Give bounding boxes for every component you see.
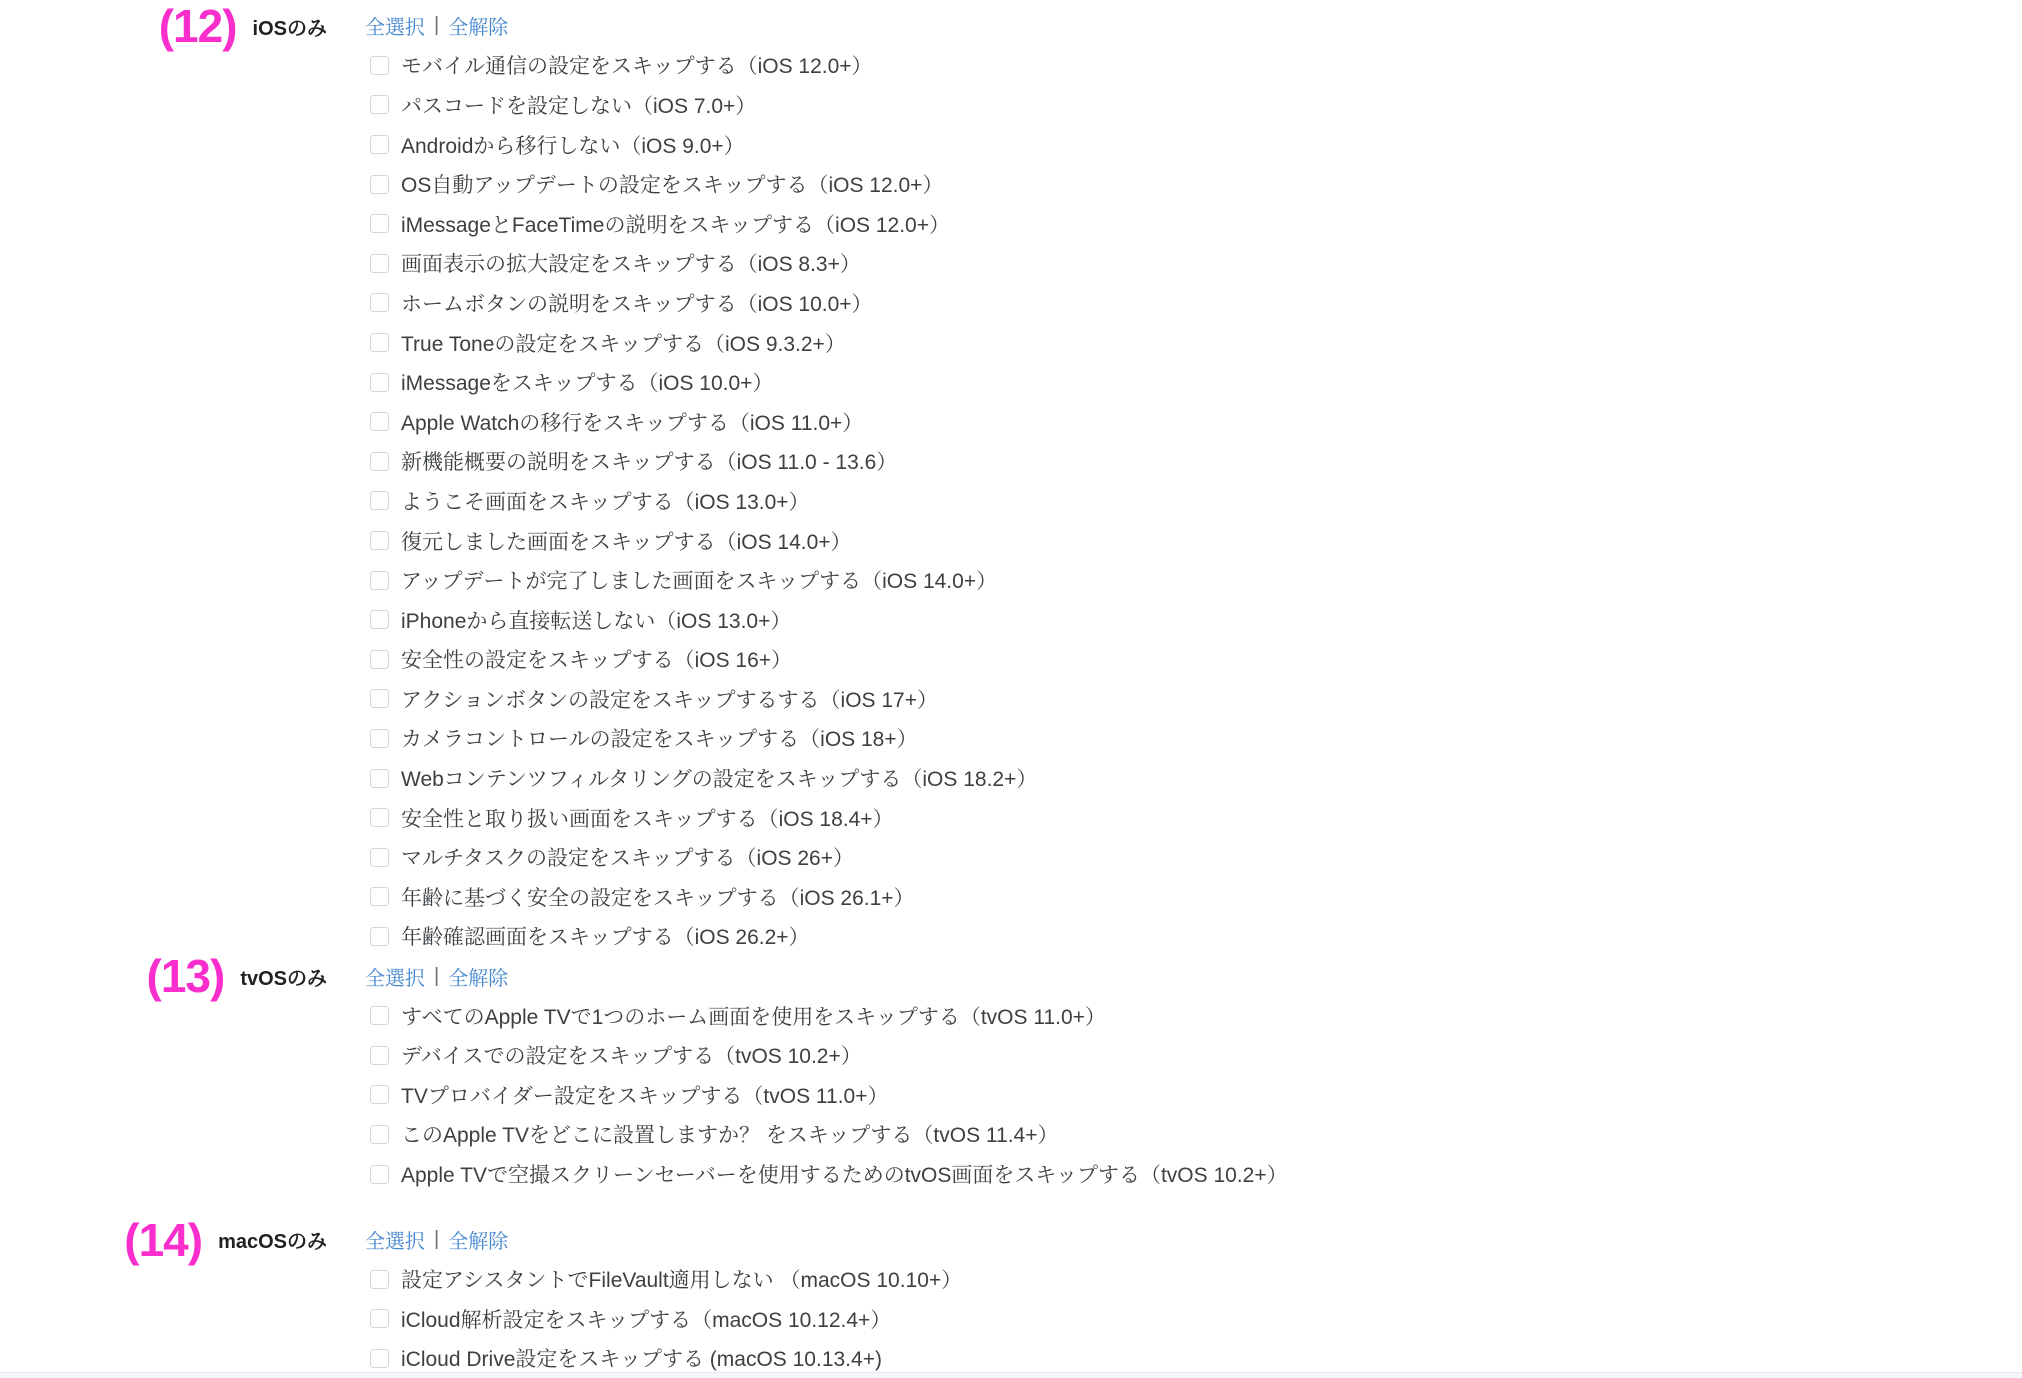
checkbox-label: カメラコントロールの設定をスキップする（iOS 18+） bbox=[401, 723, 918, 753]
checkbox[interactable] bbox=[370, 887, 389, 906]
checkbox-row[interactable]: 画面表示の拡大設定をスキップする（iOS 8.3+） bbox=[365, 244, 1037, 284]
checkbox-row[interactable]: Androidから移行しない（iOS 9.0+） bbox=[365, 125, 1037, 165]
settings-section: (13) tvOSのみ 全選択 | 全解除 すべてのApple TVで1つのホー… bbox=[0, 956, 2022, 1194]
checkbox-label: マルチタスクの設定をスキップする（iOS 26+） bbox=[401, 842, 854, 872]
checkbox-label: 安全性と取り扱い画面をスキップする（iOS 18.4+） bbox=[401, 803, 894, 833]
checkbox[interactable] bbox=[370, 214, 389, 233]
select-all-link[interactable]: 全選択 bbox=[365, 11, 425, 40]
checkbox-label: iCloud Drive設定をスキップする (macOS 10.13.4+) bbox=[401, 1343, 882, 1373]
checkbox[interactable] bbox=[370, 729, 389, 748]
checkbox[interactable] bbox=[370, 531, 389, 550]
checkbox-label: Webコンテンツフィルタリングの設定をスキップする（iOS 18.2+） bbox=[401, 763, 1037, 793]
checkbox[interactable] bbox=[370, 571, 389, 590]
checkbox[interactable] bbox=[370, 689, 389, 708]
checkbox[interactable] bbox=[370, 373, 389, 392]
links-separator: | bbox=[434, 1228, 439, 1251]
links-separator: | bbox=[434, 14, 439, 37]
checkbox-label: 年齢に基づく安全の設定をスキップする（iOS 26.1+） bbox=[401, 882, 915, 912]
checkbox[interactable] bbox=[370, 1085, 389, 1104]
checkbox-label: 設定アシスタントでFileVault適用しない （macOS 10.10+） bbox=[401, 1264, 962, 1294]
checkbox[interactable] bbox=[370, 135, 389, 154]
checkbox-rows: すべてのApple TVで1つのホーム画面を使用をスキップする（tvOS 11.… bbox=[365, 996, 1288, 1194]
checkbox-label: モバイル通信の設定をスキップする（iOS 12.0+） bbox=[401, 50, 873, 80]
checkbox-label: iMessageとFaceTimeの説明をスキップする（iOS 12.0+） bbox=[401, 209, 950, 239]
panel-bottom-edge bbox=[0, 1372, 2022, 1378]
checkbox-row[interactable]: OS自動アップデートの設定をスキップする（iOS 12.0+） bbox=[365, 164, 1037, 204]
checkbox-row[interactable]: 安全性の設定をスキップする（iOS 16+） bbox=[365, 640, 1037, 680]
checkbox-label: このApple TVをどこに設置しますか？ をスキップする（tvOS 11.4+… bbox=[401, 1119, 1059, 1149]
checkbox[interactable] bbox=[370, 452, 389, 471]
checkbox[interactable] bbox=[370, 175, 389, 194]
links-separator: | bbox=[434, 965, 439, 988]
bulk-select-links: 全選択 | 全解除 bbox=[365, 956, 1288, 996]
checkbox[interactable] bbox=[370, 1125, 389, 1144]
checkbox[interactable] bbox=[370, 769, 389, 788]
checkbox-label: iMessageをスキップする（iOS 10.0+） bbox=[401, 367, 773, 397]
section-label-column: (13) tvOSのみ bbox=[0, 956, 327, 996]
checkbox[interactable] bbox=[370, 848, 389, 867]
checkbox-label: 年齢確認画面をスキップする（iOS 26.2+） bbox=[401, 921, 810, 951]
checkbox-row[interactable]: パスコードを設定しない（iOS 7.0+） bbox=[365, 85, 1037, 125]
checkbox-label: Apple Watchの移行をスキップする（iOS 11.0+） bbox=[401, 407, 863, 437]
checkbox-row[interactable]: アクションボタンの設定をスキップするする（iOS 17+） bbox=[365, 679, 1037, 719]
checkbox-row[interactable]: ホームボタンの説明をスキップする（iOS 10.0+） bbox=[365, 283, 1037, 323]
sections: (12) iOSのみ 全選択 | 全解除 モバイル通信の設定をスキップする（iO… bbox=[0, 6, 2022, 1378]
section-content-column: 全選択 | 全解除 すべてのApple TVで1つのホーム画面を使用をスキップす… bbox=[327, 956, 1288, 1194]
settings-panel: (12) iOSのみ 全選択 | 全解除 モバイル通信の設定をスキップする（iO… bbox=[0, 0, 2022, 1378]
checkbox[interactable] bbox=[370, 1349, 389, 1368]
checkbox-row[interactable]: マルチタスクの設定をスキップする（iOS 26+） bbox=[365, 837, 1037, 877]
checkbox-row[interactable]: Webコンテンツフィルタリングの設定をスキップする（iOS 18.2+） bbox=[365, 758, 1037, 798]
checkbox-row[interactable]: カメラコントロールの設定をスキップする（iOS 18+） bbox=[365, 719, 1037, 759]
checkbox-row[interactable]: iCloud解析設定をスキップする（macOS 10.12.4+） bbox=[365, 1299, 962, 1339]
section-number-badge: (13) bbox=[147, 953, 225, 999]
section-title: tvOSのみ bbox=[240, 962, 327, 991]
deselect-all-link[interactable]: 全解除 bbox=[448, 962, 508, 991]
checkbox-row[interactable]: アップデートが完了しました画面をスキップする（iOS 14.0+） bbox=[365, 560, 1037, 600]
checkbox-label: iPhoneから直接転送しない（iOS 13.0+） bbox=[401, 605, 791, 635]
checkbox-label: Androidから移行しない（iOS 9.0+） bbox=[401, 130, 745, 160]
checkbox-row[interactable]: 設定アシスタントでFileVault適用しない （macOS 10.10+） bbox=[365, 1259, 962, 1299]
section-title: macOSのみ bbox=[218, 1225, 327, 1254]
checkbox-label: iCloud解析設定をスキップする（macOS 10.12.4+） bbox=[401, 1304, 891, 1334]
checkbox[interactable] bbox=[370, 412, 389, 431]
deselect-all-link[interactable]: 全解除 bbox=[448, 11, 508, 40]
section-content-column: 全選択 | 全解除 モバイル通信の設定をスキップする（iOS 12.0+） パス… bbox=[327, 6, 1037, 956]
checkbox-row[interactable]: モバイル通信の設定をスキップする（iOS 12.0+） bbox=[365, 46, 1037, 86]
checkbox-label: 新機能概要の説明をスキップする（iOS 11.0 - 13.6） bbox=[401, 446, 897, 476]
checkbox[interactable] bbox=[370, 95, 389, 114]
checkbox-row[interactable]: 安全性と取り扱い画面をスキップする（iOS 18.4+） bbox=[365, 798, 1037, 838]
section-label-column: (14) macOSのみ bbox=[0, 1220, 327, 1260]
checkbox-label: Apple TVで空撮スクリーンセーバーを使用するためのtvOS画面をスキップす… bbox=[401, 1159, 1288, 1189]
checkbox-label: 復元しました画面をスキップする（iOS 14.0+） bbox=[401, 526, 852, 556]
select-all-link[interactable]: 全選択 bbox=[365, 962, 425, 991]
checkbox-label: アクションボタンの設定をスキップするする（iOS 17+） bbox=[401, 684, 938, 714]
checkbox-row[interactable]: デバイスでの設定をスキップする（tvOS 10.2+） bbox=[365, 1035, 1288, 1075]
checkbox-row[interactable]: iMessageとFaceTimeの説明をスキップする（iOS 12.0+） bbox=[365, 204, 1037, 244]
section-number-badge: (12) bbox=[159, 3, 237, 49]
bulk-select-links: 全選択 | 全解除 bbox=[365, 6, 1037, 46]
checkbox[interactable] bbox=[370, 808, 389, 827]
checkbox-row[interactable]: 新機能概要の説明をスキップする（iOS 11.0 - 13.6） bbox=[365, 442, 1037, 482]
checkbox-row[interactable]: iPhoneから直接転送しない（iOS 13.0+） bbox=[365, 600, 1037, 640]
checkbox-row[interactable]: 年齢確認画面をスキップする（iOS 26.2+） bbox=[365, 917, 1037, 957]
checkbox-rows: モバイル通信の設定をスキップする（iOS 12.0+） パスコードを設定しない（… bbox=[365, 46, 1037, 957]
section-number-badge: (14) bbox=[124, 1217, 202, 1263]
bulk-select-links: 全選択 | 全解除 bbox=[365, 1220, 962, 1260]
checkbox-label: ようこそ画面をスキップする（iOS 13.0+） bbox=[401, 486, 810, 516]
checkbox-row[interactable]: 復元しました画面をスキップする（iOS 14.0+） bbox=[365, 521, 1037, 561]
checkbox[interactable] bbox=[370, 1046, 389, 1065]
checkbox[interactable] bbox=[370, 650, 389, 669]
checkbox-row[interactable]: Apple TVで空撮スクリーンセーバーを使用するためのtvOS画面をスキップす… bbox=[365, 1154, 1288, 1194]
checkbox-label: デバイスでの設定をスキップする（tvOS 10.2+） bbox=[401, 1040, 862, 1070]
checkbox-row[interactable]: すべてのApple TVで1つのホーム画面を使用をスキップする（tvOS 11.… bbox=[365, 996, 1288, 1036]
checkbox-row[interactable]: 年齢に基づく安全の設定をスキップする（iOS 26.1+） bbox=[365, 877, 1037, 917]
settings-section: (14) macOSのみ 全選択 | 全解除 設定アシスタントでFileVaul… bbox=[0, 1220, 2022, 1378]
select-all-link[interactable]: 全選択 bbox=[365, 1225, 425, 1254]
checkbox-label: OS自動アップデートの設定をスキップする（iOS 12.0+） bbox=[401, 169, 943, 199]
checkbox-label: パスコードを設定しない（iOS 7.0+） bbox=[401, 90, 756, 120]
checkbox[interactable] bbox=[370, 491, 389, 510]
checkbox-row[interactable]: Apple Watchの移行をスキップする（iOS 11.0+） bbox=[365, 402, 1037, 442]
checkbox-label: True Toneの設定をスキップする（iOS 9.3.2+） bbox=[401, 328, 846, 358]
checkbox[interactable] bbox=[370, 1309, 389, 1328]
checkbox-label: ホームボタンの説明をスキップする（iOS 10.0+） bbox=[401, 288, 873, 318]
section-label-column: (12) iOSのみ bbox=[0, 6, 327, 46]
checkbox[interactable] bbox=[370, 254, 389, 273]
checkbox-row[interactable]: ようこそ画面をスキップする（iOS 13.0+） bbox=[365, 481, 1037, 521]
checkbox-row[interactable]: TVプロバイダー設定をスキップする（tvOS 11.0+） bbox=[365, 1075, 1288, 1115]
checkbox-row[interactable]: True Toneの設定をスキップする（iOS 9.3.2+） bbox=[365, 323, 1037, 363]
checkbox-label: TVプロバイダー設定をスキップする（tvOS 11.0+） bbox=[401, 1080, 889, 1110]
checkbox[interactable] bbox=[370, 333, 389, 352]
checkbox-label: 画面表示の拡大設定をスキップする（iOS 8.3+） bbox=[401, 248, 861, 278]
settings-section: (12) iOSのみ 全選択 | 全解除 モバイル通信の設定をスキップする（iO… bbox=[0, 6, 2022, 956]
checkbox[interactable] bbox=[370, 927, 389, 946]
checkbox-rows: 設定アシスタントでFileVault適用しない （macOS 10.10+） i… bbox=[365, 1259, 962, 1378]
checkbox-row[interactable]: iMessageをスキップする（iOS 10.0+） bbox=[365, 362, 1037, 402]
checkbox-row[interactable]: このApple TVをどこに設置しますか？ をスキップする（tvOS 11.4+… bbox=[365, 1115, 1288, 1155]
checkbox[interactable] bbox=[370, 293, 389, 312]
checkbox[interactable] bbox=[370, 1270, 389, 1289]
checkbox-label: アップデートが完了しました画面をスキップする（iOS 14.0+） bbox=[401, 565, 997, 595]
checkbox[interactable] bbox=[370, 610, 389, 629]
section-content-column: 全選択 | 全解除 設定アシスタントでFileVault適用しない （macOS… bbox=[327, 1220, 962, 1378]
deselect-all-link[interactable]: 全解除 bbox=[448, 1225, 508, 1254]
checkbox[interactable] bbox=[370, 1165, 389, 1184]
checkbox[interactable] bbox=[370, 56, 389, 75]
section-title: iOSのみ bbox=[253, 12, 327, 41]
checkbox-label: 安全性の設定をスキップする（iOS 16+） bbox=[401, 644, 792, 674]
checkbox-label: すべてのApple TVで1つのホーム画面を使用をスキップする（tvOS 11.… bbox=[401, 1001, 1106, 1031]
checkbox[interactable] bbox=[370, 1006, 389, 1025]
